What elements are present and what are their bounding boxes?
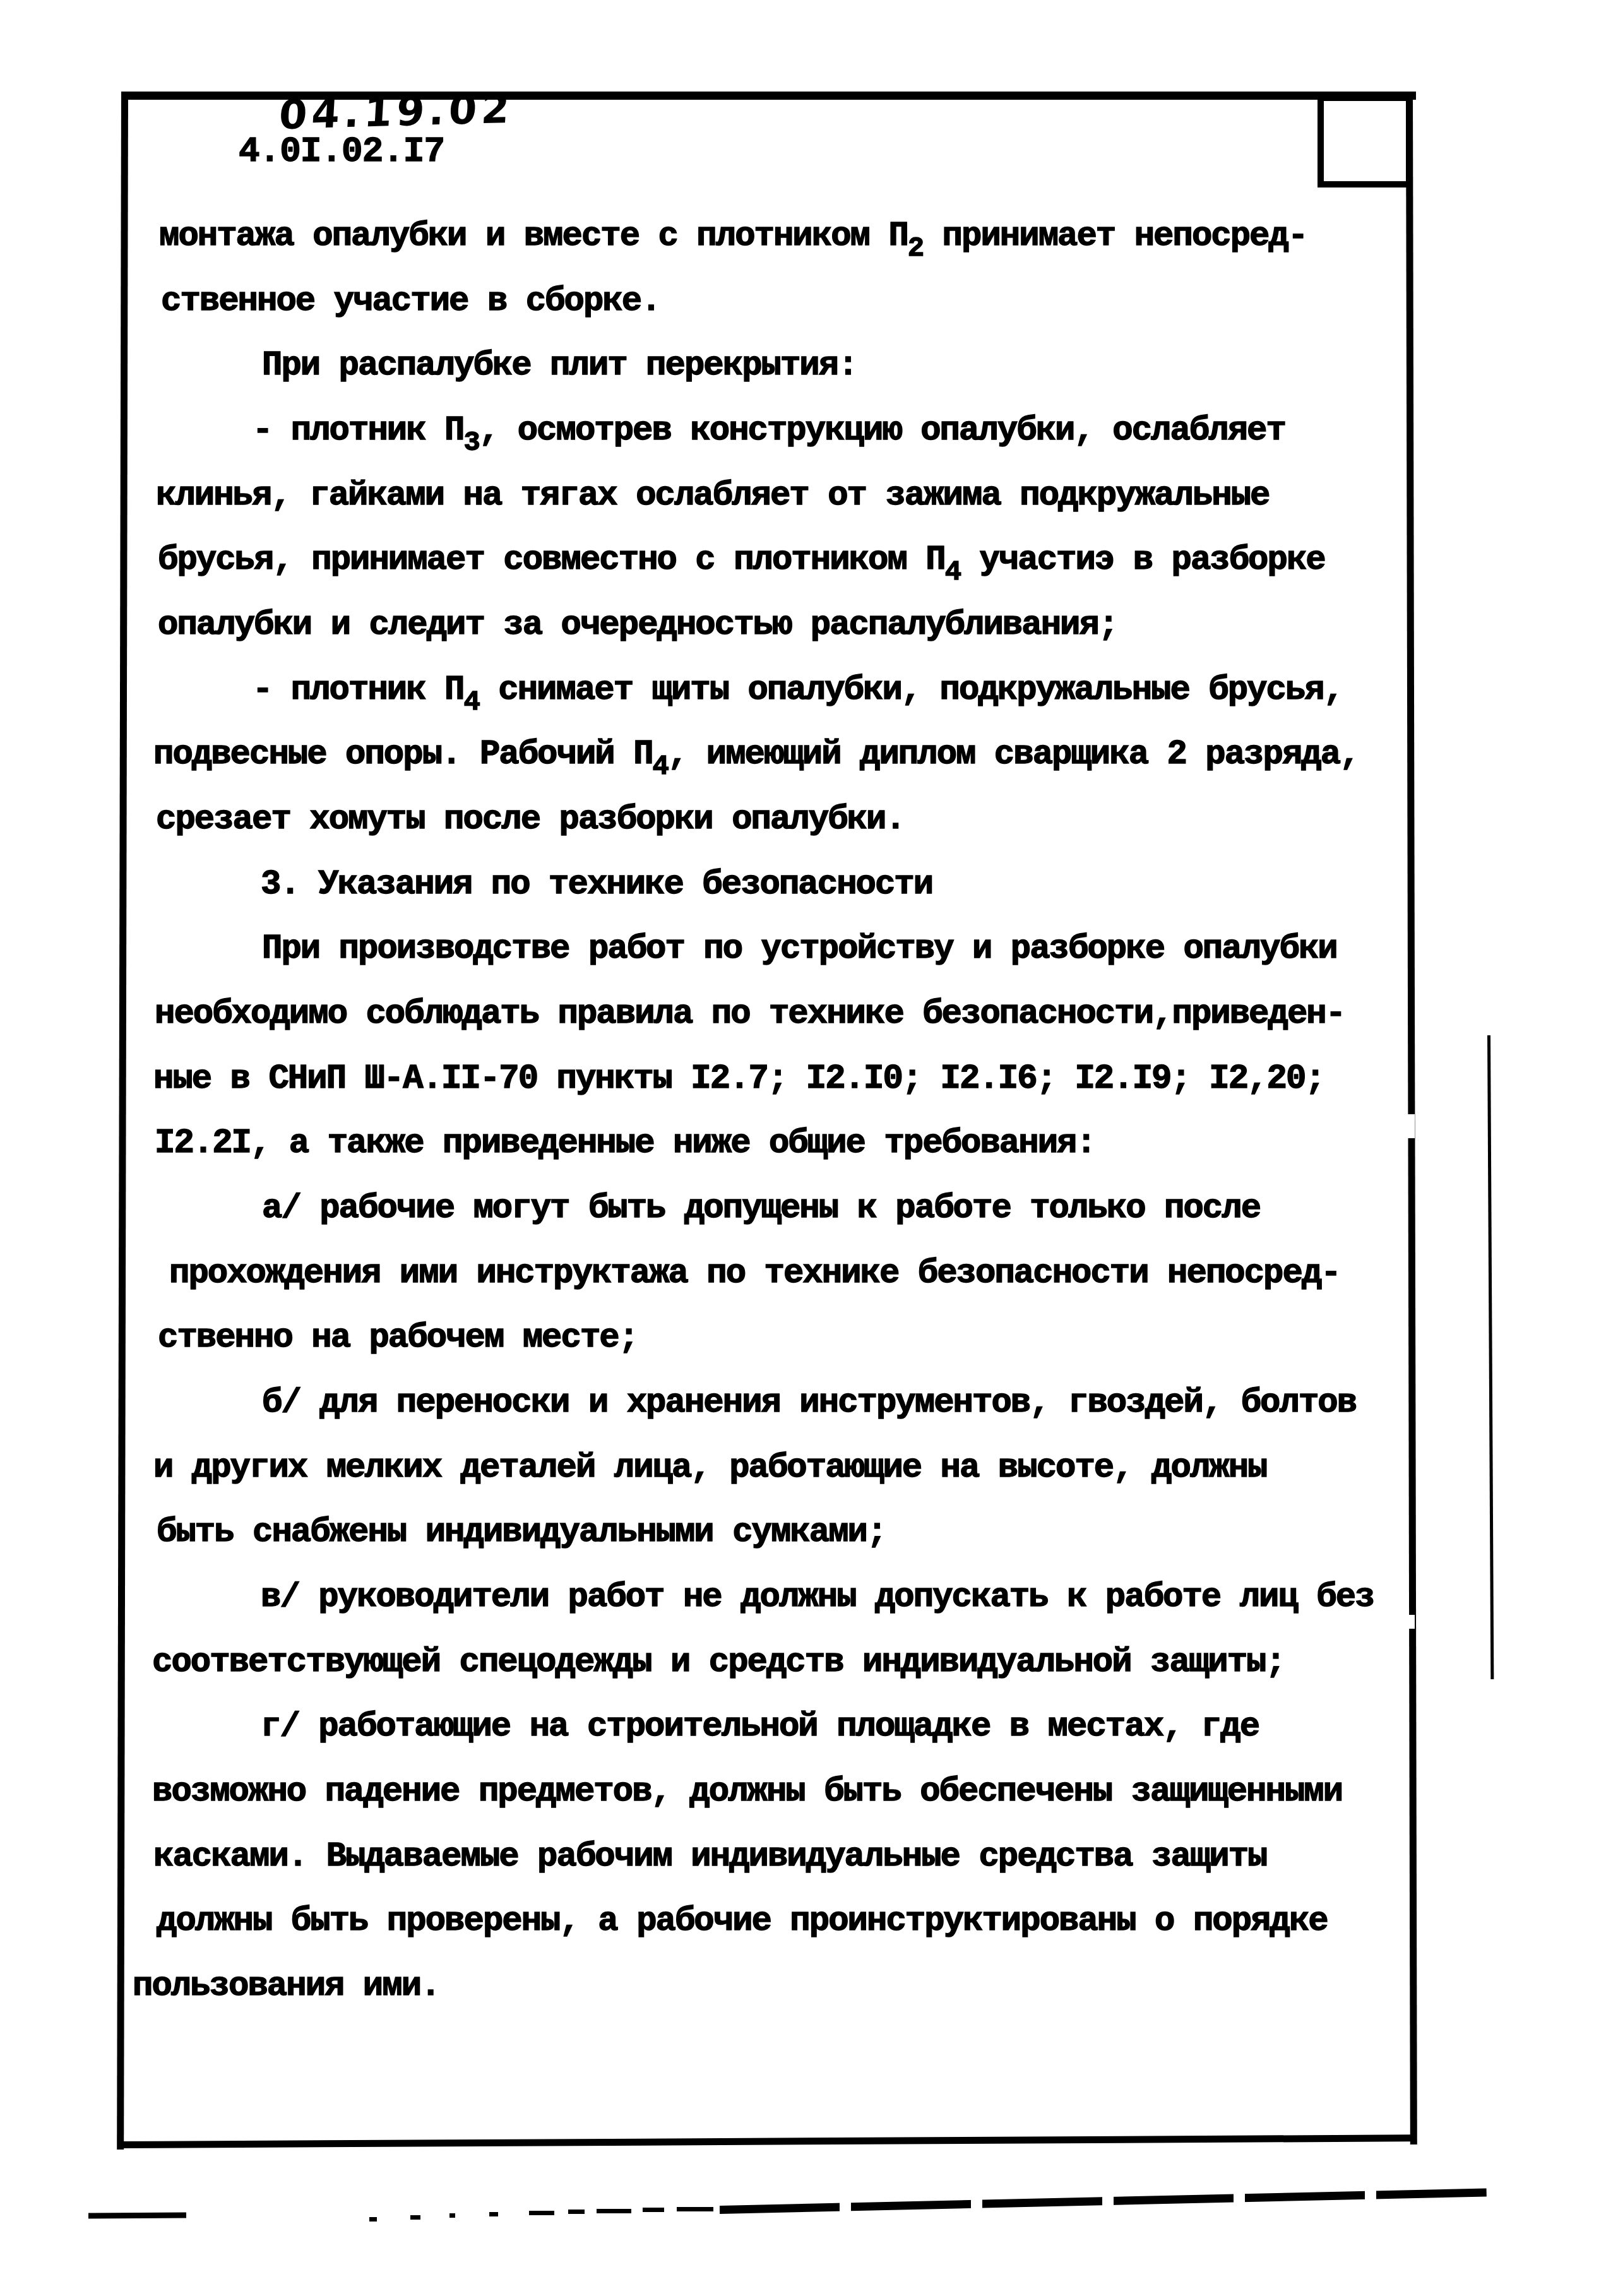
subscript-index: 3 — [463, 427, 479, 459]
subscript-index: 2 — [908, 233, 923, 265]
text-segment: брусья, принимает совместно с плотником … — [158, 541, 945, 580]
text-line: пользования ими. — [133, 1968, 439, 2005]
text-segment: , осмотрев конструкцию опалубки, ослабля… — [479, 412, 1285, 450]
text-line: в/ руководители работ не должны допускат… — [261, 1579, 1374, 1616]
text-segment: , имеющий диплом сварщика 2 разряда, — [668, 735, 1359, 774]
text-segment: принимает непосред- — [923, 217, 1307, 256]
scanned-page: 04.19.02 4.0I.02.I7 монтажа опалубки и в… — [0, 0, 1618, 2296]
text-line: клинья, гайками на тягах ослабляет от за… — [156, 478, 1270, 515]
text-segment: монтажа опалубки и вместе с плотником П — [159, 217, 908, 256]
text-segment: ные в СНиП Ш-А.II-70 пункты I2.7; I2.I0;… — [153, 1060, 1324, 1098]
text-segment: I2.2I, а также приведенные ниже общие тр… — [155, 1124, 1095, 1163]
text-line: При производстве работ по устройству и р… — [262, 931, 1337, 968]
text-line: соответствующей спецодежды и средств инд… — [152, 1645, 1285, 1681]
scan-artifact-vertical-line — [1487, 1035, 1494, 1679]
text-segment: клинья, гайками на тягах ослабляет от за… — [156, 477, 1270, 515]
text-segment: срезает хомуты после разборки опалубки. — [156, 800, 905, 839]
text-segment: При производстве работ по устройству и р… — [262, 930, 1337, 968]
text-line: ственно на рабочем месте; — [158, 1320, 638, 1357]
text-segment: - плотник П — [253, 671, 463, 710]
text-line: I2.2I, а также приведенные ниже общие тр… — [155, 1126, 1095, 1162]
ink-speck — [529, 2211, 554, 2215]
text-segment: должны быть проверены, а рабочие проинст… — [157, 1902, 1328, 1941]
text-line: 3. Указания по технике безопасности — [261, 867, 932, 903]
text-segment: подвесные опоры. Рабочий П — [153, 735, 653, 774]
text-segment: возможно падение предметов, должны быть … — [152, 1773, 1342, 1811]
text-line: - плотник П3, осмотрев конструкцию опалу… — [253, 413, 1285, 461]
text-line: б/ для переноски и хранения инструментов… — [262, 1385, 1356, 1422]
text-line: необходимо соблюдать правила по технике … — [155, 996, 1345, 1033]
subscript-index: 4 — [945, 557, 960, 588]
ink-speck — [568, 2210, 585, 2214]
text-line: монтажа опалубки и вместе с плотником П2… — [159, 218, 1307, 267]
text-segment: прохождения ими инструктажа по технике б… — [169, 1254, 1340, 1293]
text-line: должны быть проверены, а рабочие проинст… — [157, 1903, 1328, 1940]
ink-speck — [449, 2213, 455, 2218]
text-line: ные в СНиП Ш-А.II-70 пункты I2.7; I2.I0;… — [153, 1061, 1324, 1098]
frame-border-bottom — [123, 2134, 1412, 2148]
text-segment: г/ работающие на строительной площадке в… — [261, 1708, 1259, 1746]
registration-box — [1318, 95, 1412, 187]
ink-speck — [410, 2215, 420, 2220]
text-line: брусья, принимает совместно с плотником … — [158, 542, 1325, 591]
text-segment: 3. Указания по технике безопасности — [261, 865, 932, 904]
text-segment: касками. Выдаваемые рабочим индивидуальн… — [153, 1838, 1267, 1876]
handwritten-code: 04.19.02 — [278, 89, 515, 136]
text-line: быть снабжены индивидуальными сумками; — [157, 1514, 886, 1551]
text-line: опалубки и следит за очередностью распал… — [158, 607, 1117, 644]
text-line: возможно падение предметов, должны быть … — [152, 1774, 1342, 1811]
text-segment: б/ для переноски и хранения инструментов… — [262, 1384, 1356, 1422]
scan-artifact-bottom-streak — [720, 2188, 1487, 2214]
text-segment: участиэ в разборке — [960, 541, 1325, 580]
scan-artifact-left-dash — [88, 2212, 186, 2218]
scan-gap-artifact — [1404, 1114, 1415, 1138]
text-line: а/ рабочие могут быть допущены к работе … — [262, 1191, 1260, 1227]
text-segment: а/ рабочие могут быть допущены к работе … — [262, 1189, 1260, 1228]
subscript-index: 4 — [653, 751, 668, 783]
text-line: касками. Выдаваемые рабочим индивидуальн… — [153, 1839, 1267, 1876]
text-line: прохождения ими инструктажа по технике б… — [169, 1256, 1340, 1292]
text-segment: пользования ими. — [133, 1967, 439, 2006]
text-line: ственное участие в сборке. — [161, 283, 660, 320]
text-segment: При распалубке плит перекрытия: — [262, 347, 857, 385]
text-line: г/ работающие на строительной площадке в… — [261, 1709, 1259, 1746]
text-segment: в/ руководители работ не должны допускат… — [261, 1578, 1374, 1617]
text-segment: ственное участие в сборке. — [161, 282, 660, 321]
text-segment: необходимо соблюдать правила по технике … — [155, 995, 1345, 1033]
text-segment: быть снабжены индивидуальными сумками; — [157, 1513, 886, 1552]
ink-speck — [643, 2208, 664, 2212]
text-segment: - плотник П — [253, 412, 463, 450]
scan-gap-artifact — [1404, 1615, 1415, 1629]
frame-border-left — [117, 92, 128, 2150]
text-segment: опалубки и следит за очередностью распал… — [158, 606, 1117, 645]
text-segment: ственно на рабочем месте; — [158, 1319, 638, 1357]
text-line: срезает хомуты после разборки опалубки. — [156, 802, 905, 838]
text-segment: соответствующей спецодежды и средств инд… — [152, 1643, 1285, 1682]
subscript-index: 4 — [463, 687, 479, 718]
text-line: При распалубке плит перекрытия: — [262, 348, 857, 384]
text-line: и других мелких деталей лица, работающие… — [153, 1450, 1267, 1487]
ink-speck — [489, 2212, 498, 2216]
typed-document-code: 4.0I.02.I7 — [239, 134, 444, 169]
text-line: подвесные опоры. Рабочий П4, имеющий дип… — [153, 737, 1359, 785]
text-segment: и других мелких деталей лица, работающие… — [153, 1449, 1267, 1487]
text-line: - плотник П4 снимает щиты опалубки, подк… — [253, 672, 1343, 721]
ink-speck — [597, 2209, 631, 2213]
ink-speck — [677, 2207, 713, 2211]
text-segment: снимает щиты опалубки, подкружальные бру… — [479, 671, 1343, 710]
ink-speck — [369, 2217, 377, 2222]
